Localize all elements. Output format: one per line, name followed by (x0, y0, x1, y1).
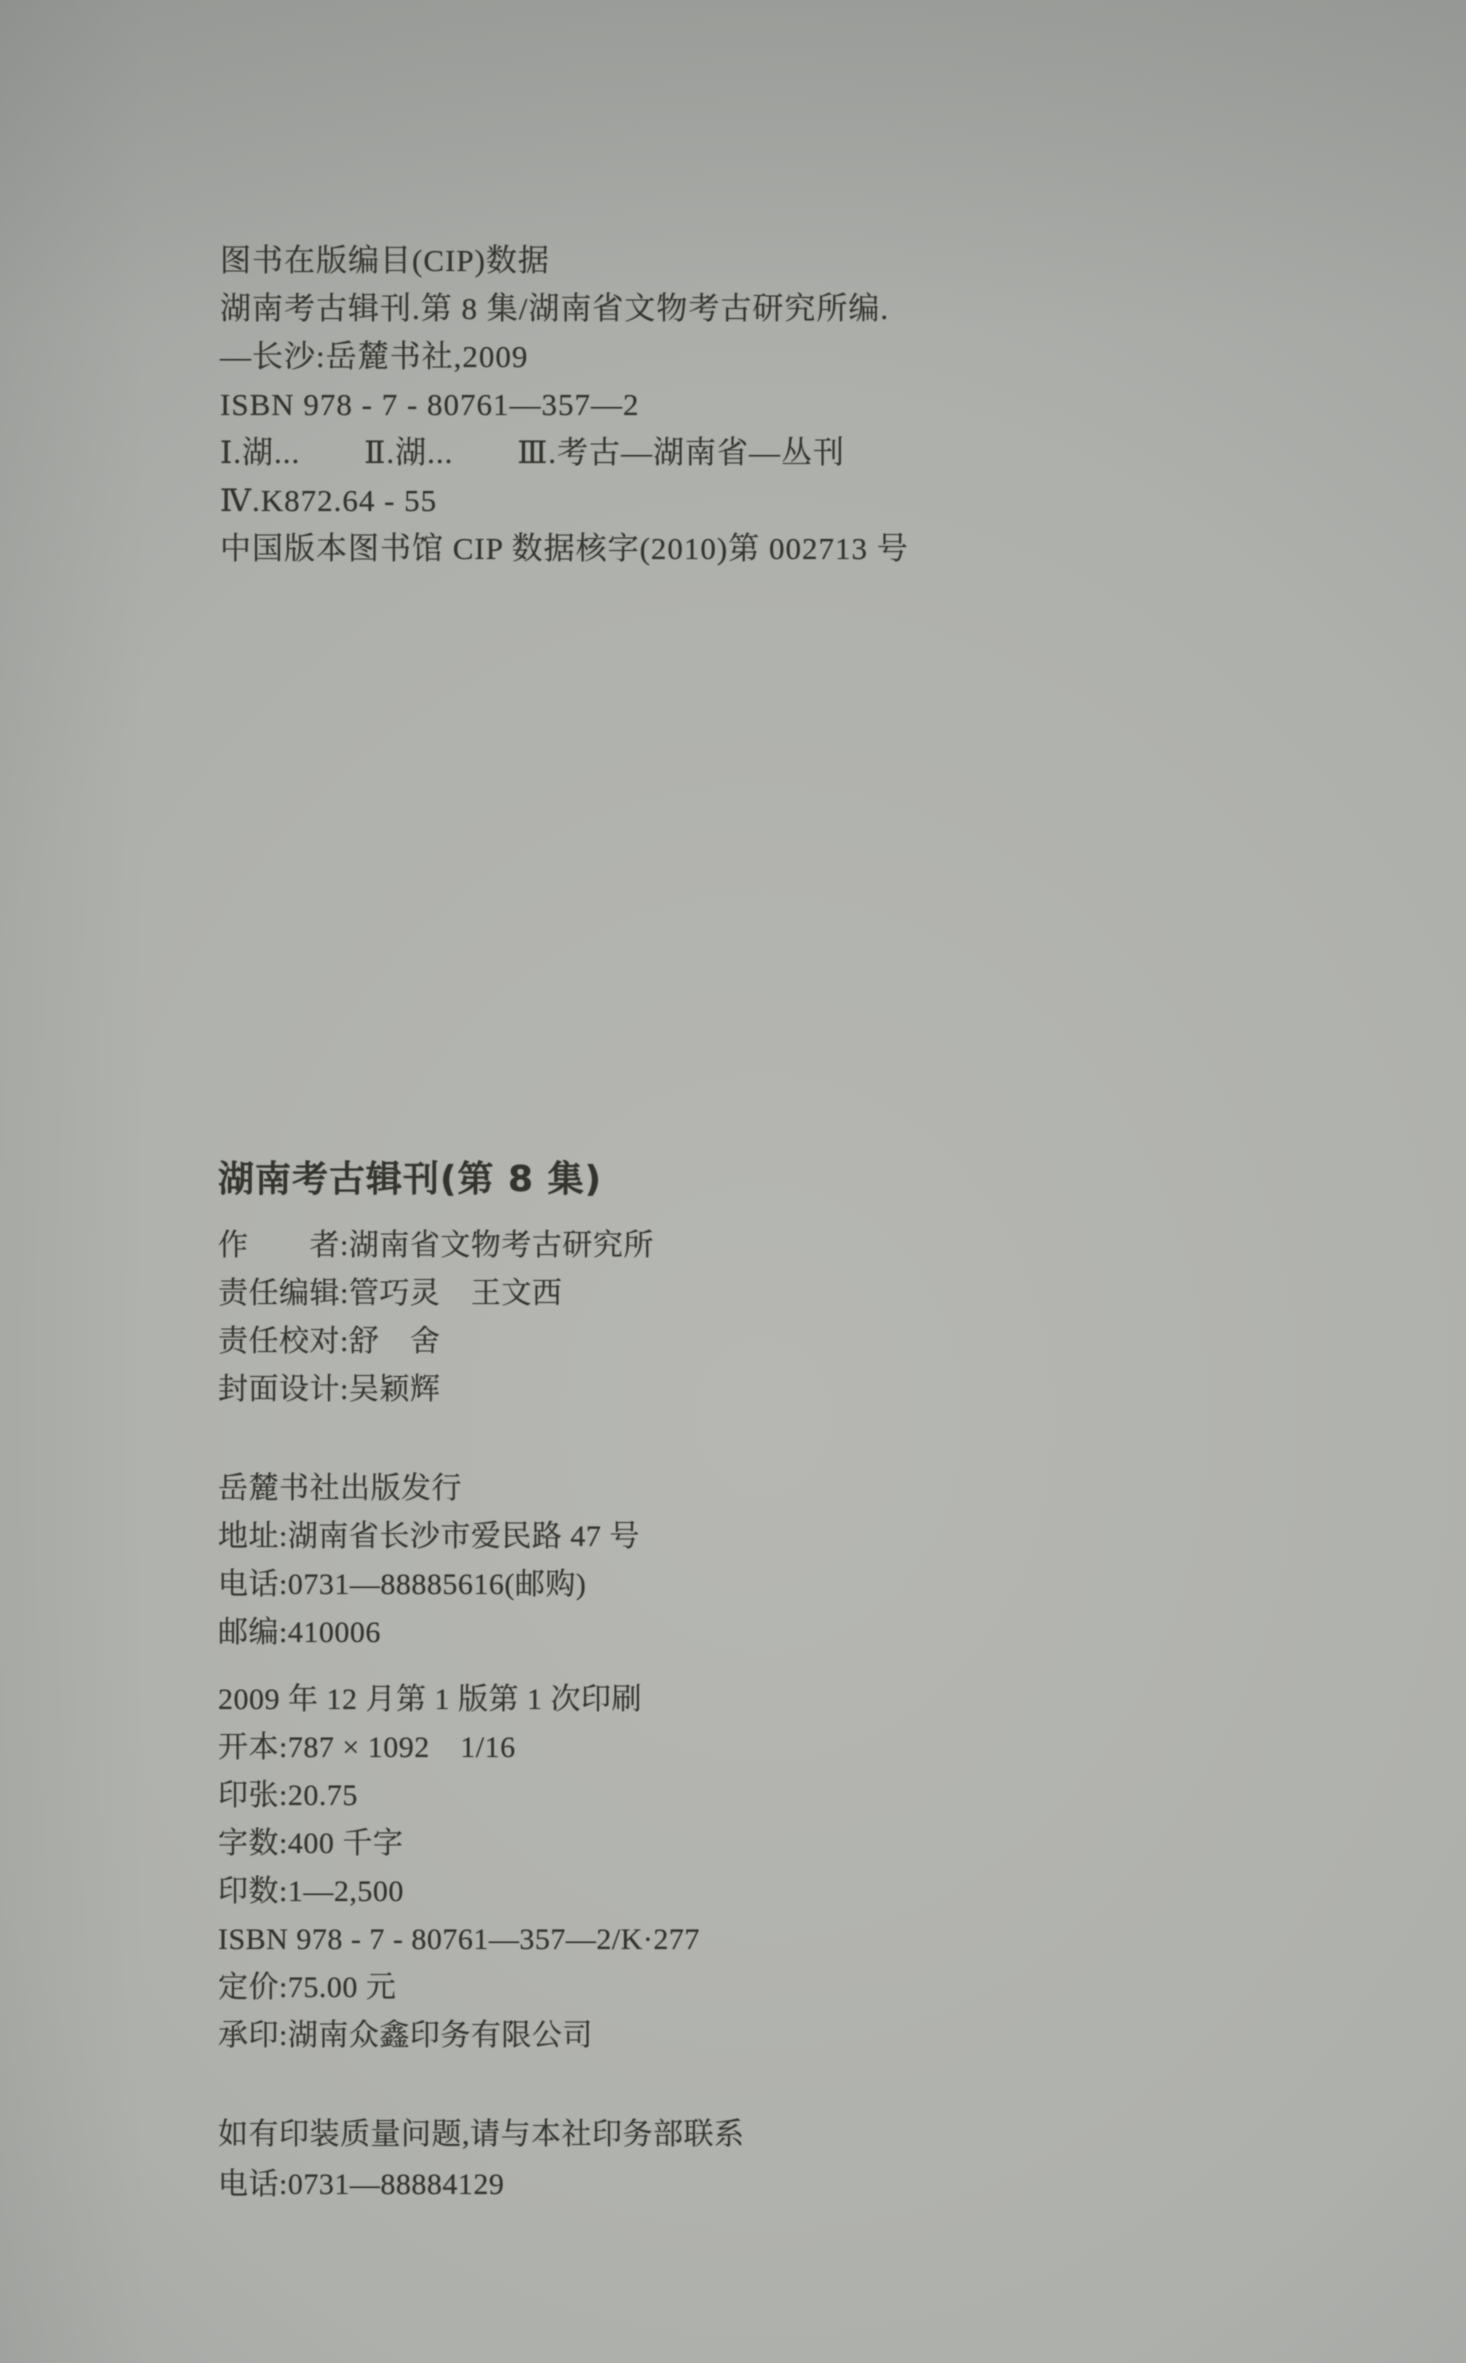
cover-designer-line: 封面设计:吴颖辉 (218, 1366, 654, 1414)
editor-line: 责任编辑:管巧灵 王文西 (218, 1270, 654, 1318)
cip-isbn-line: ISBN 978 - 7 - 80761—357—2 (220, 381, 909, 429)
colophon-block: 湖南考古辑刊(第 8 集) 作 者:湖南省文物考古研究所 责任编辑:管巧灵 王文… (218, 1158, 654, 1414)
cip-classification-line: Ⅰ.湖... Ⅱ.湖... Ⅲ.考古—湖南省—丛刊 (220, 429, 909, 477)
publisher-block: 岳麓书社出版发行 地址:湖南省长沙市爱民路 47 号 电话:0731—88885… (218, 1465, 640, 1657)
printing-info-block: 2009 年 12 月第 1 版第 1 次印刷 开本:787 × 1092 1/… (218, 1676, 700, 2060)
address-line: 地址:湖南省长沙市爱民路 47 号 (218, 1513, 640, 1561)
cip-title-line: 湖南考古辑刊.第 8 集/湖南省文物考古研究所编. (220, 285, 909, 333)
postcode-line: 邮编:410006 (218, 1609, 640, 1657)
price-line: 定价:75.00 元 (218, 1964, 700, 2012)
word-count-line: 字数:400 千字 (218, 1820, 700, 1868)
quality-notice-line: 如有印装质量问题,请与本社印务部联系 (218, 2110, 745, 2160)
author-line: 作 者:湖南省文物考古研究所 (218, 1222, 654, 1270)
format-line: 开本:787 × 1092 1/16 (218, 1724, 700, 1772)
sheets-line: 印张:20.75 (218, 1772, 700, 1820)
service-phone-line: 电话:0731—88884129 (218, 2160, 745, 2210)
cip-heading: 图书在版编目(CIP)数据 (220, 237, 909, 285)
cip-registration-line: 中国版本图书馆 CIP 数据核字(2010)第 002713 号 (220, 525, 909, 573)
phone-line: 电话:0731—88885616(邮购) (218, 1561, 640, 1609)
book-title: 湖南考古辑刊(第 8 集) (218, 1158, 654, 1202)
quality-notice-block: 如有印装质量问题,请与本社印务部联系 电话:0731—88884129 (218, 2110, 745, 2210)
book-copyright-page-photo: 图书在版编目(CIP)数据 湖南考古辑刊.第 8 集/湖南省文物考古研究所编. … (0, 0, 1466, 2363)
printer-line: 承印:湖南众鑫印务有限公司 (218, 2012, 700, 2060)
isbn-line: ISBN 978 - 7 - 80761—357—2/K·277 (218, 1916, 700, 1964)
cip-data-block: 图书在版编目(CIP)数据 湖南考古辑刊.第 8 集/湖南省文物考古研究所编. … (220, 237, 909, 573)
print-run-line: 印数:1—2,500 (218, 1868, 700, 1916)
proofreader-line: 责任校对:舒 舍 (218, 1318, 654, 1366)
cip-call-number-line: Ⅳ.K872.64 - 55 (220, 477, 909, 525)
publisher-line: 岳麓书社出版发行 (218, 1465, 640, 1513)
cip-publisher-line: —长沙:岳麓书社,2009 (220, 333, 909, 381)
edition-line: 2009 年 12 月第 1 版第 1 次印刷 (218, 1676, 700, 1724)
